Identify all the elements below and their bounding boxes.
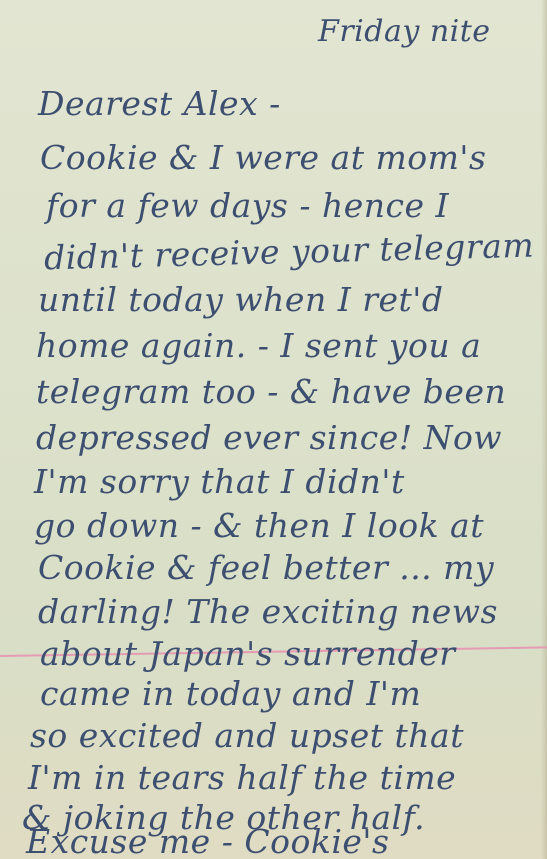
letter-page: Friday nite Dearest Alex - Cookie & I we… — [0, 0, 547, 859]
salutation: Dearest Alex - — [38, 84, 281, 123]
letter-line: home again. - I sent you a — [36, 326, 481, 365]
letter-line: came in today and I'm — [40, 674, 421, 713]
letter-line: I'm sorry that I didn't — [34, 462, 405, 501]
letter-line: darling! The exciting news — [38, 592, 498, 631]
letter-line: until today when I ret'd — [38, 280, 444, 319]
letter-line: go down - & then I look at — [34, 506, 484, 545]
letter-line: Cookie & feel better ... my — [38, 548, 494, 587]
letter-line: so excited and upset that — [30, 716, 464, 755]
letter-line: for a few days - hence I — [46, 186, 449, 225]
letter-line: Excuse me - Cookie's — [26, 822, 389, 859]
letter-line: I'm in tears half the time — [28, 758, 456, 797]
letter-date: Friday nite — [318, 14, 491, 49]
paper-edge — [541, 0, 547, 859]
letter-line: about Japan's surrender — [40, 634, 456, 673]
letter-line: didn't receive your telegram — [44, 226, 535, 278]
letter-line: telegram too - & have been — [36, 372, 506, 411]
letter-line: Cookie & I were at mom's — [40, 138, 486, 177]
letter-line: depressed ever since! Now — [36, 418, 502, 457]
